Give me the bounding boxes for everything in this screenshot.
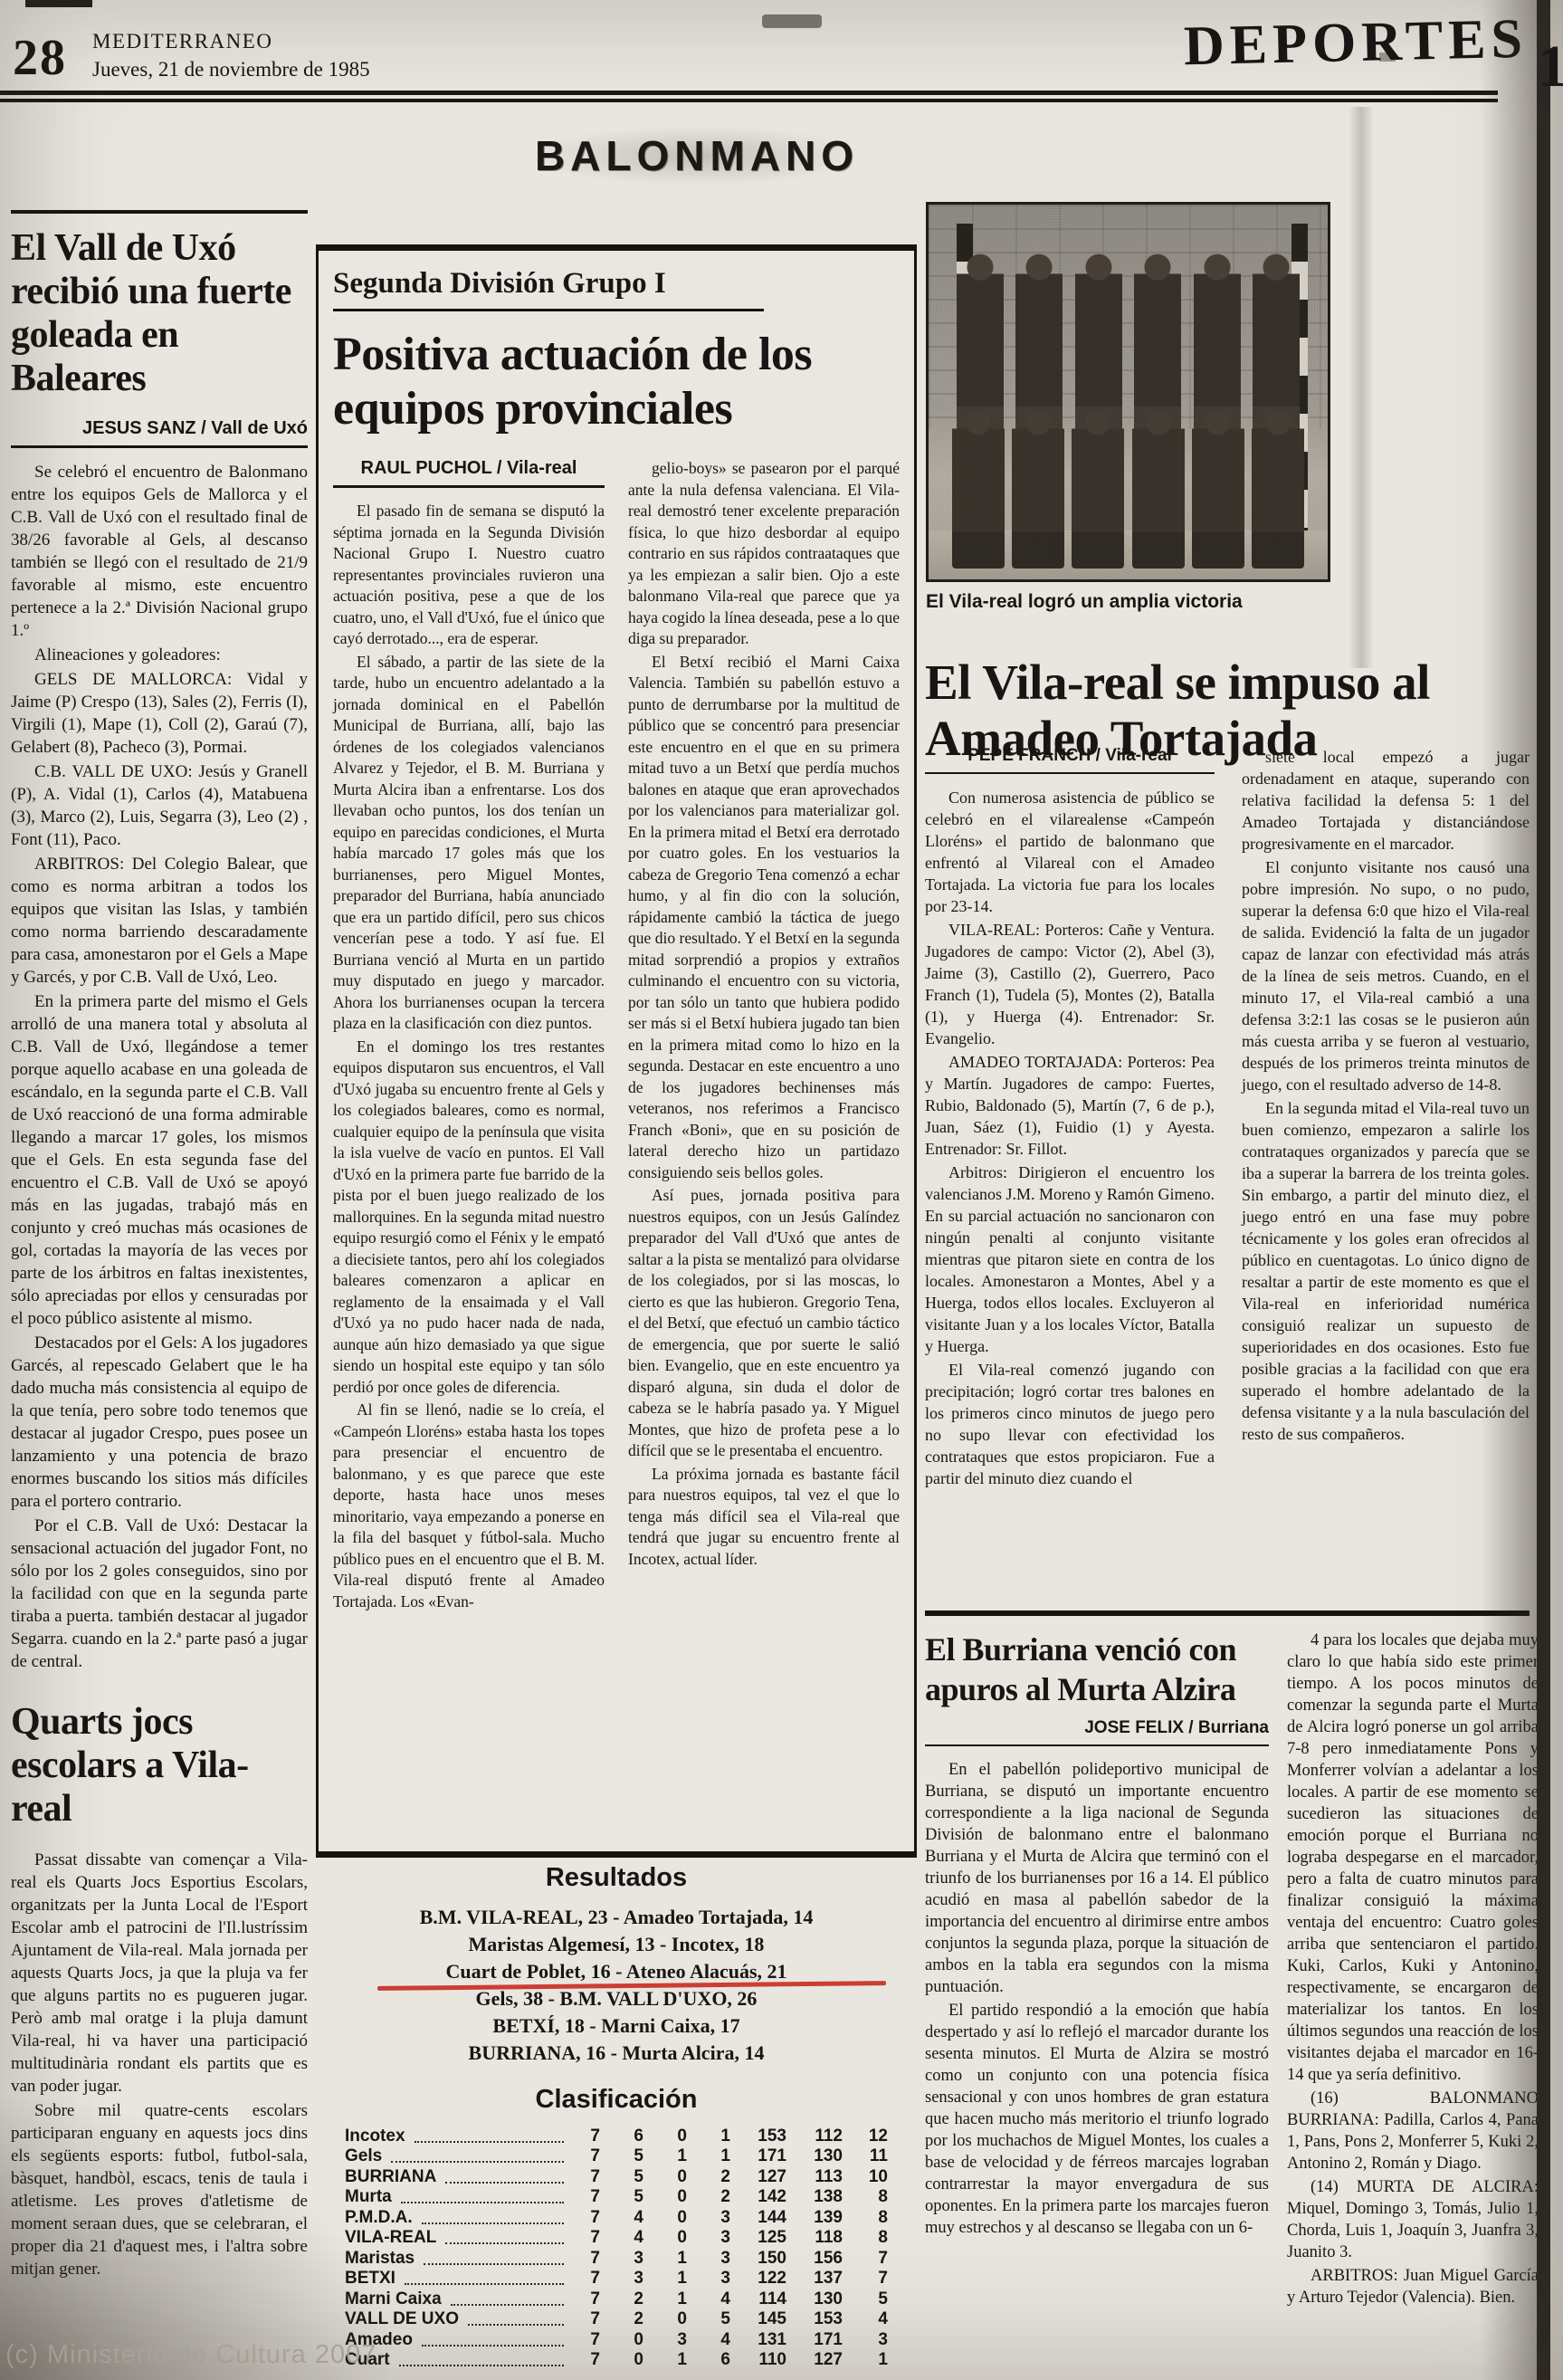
dotted-leader [399,2365,564,2366]
page-number: 28 [13,29,67,87]
stat-goals-against: 118 [786,2228,843,2248]
page-crease [1349,107,1374,668]
stat-played: 7 [573,2146,600,2166]
stat-won: 0 [600,2350,643,2370]
photo-caption: El Vila-real logró un amplia victoria [926,591,1351,613]
stat-goals-for: 150 [730,2249,786,2269]
headline: Positiva actuación de los equipos provin… [333,328,900,436]
dotted-leader [451,2304,564,2306]
stat-drawn: 0 [643,2309,687,2329]
headline: El Burriana venció con apuros al Murta A… [925,1630,1269,1709]
next-page-sliver [1550,0,1563,2380]
stat-goals-for: 127 [730,2167,786,2187]
stat-points: 5 [843,2289,888,2309]
column-1: PEPE FRANCH / Vila-real Con numerosa asi… [925,746,1215,1606]
stat-drawn: 0 [643,2187,687,2207]
paragraph: VILA-REAL: Porteros: Cañe y Ventura. Jug… [925,919,1215,1049]
table-row: Marni Caixa 7 2 1 4 114 130 5 [345,2289,888,2309]
halftone-overlay [929,205,1328,579]
result-line: BETXÍ, 18 - Marni Caixa, 17 [316,2012,917,2040]
stat-goals-for: 122 [730,2269,786,2289]
stat-goals-for: 144 [730,2208,786,2228]
stat-played: 7 [573,2330,600,2350]
stat-lost: 3 [687,2249,730,2269]
page-fold-shadow [1481,0,1537,2380]
stat-points: 7 [843,2249,888,2269]
article-body: Con numerosa asistencia de público se ce… [925,787,1215,1489]
article-body: gelio-boys» se pasearon por el parqué an… [628,458,900,1570]
paragraph: Destacados por el Gels: A los jugadores … [11,1332,308,1513]
stat-points: 11 [843,2146,888,2166]
stat-drawn: 0 [643,2127,687,2146]
paragraph: El sábado, a partir de las siete de la t… [333,652,605,1035]
paragraph: Así pues, jornada positiva para nuestros… [628,1185,900,1462]
left-column: El Vall de Uxó recibió una fuerte golead… [11,210,308,2368]
column-2: gelio-boys» se pasearon por el parqué an… [628,458,900,1614]
newspaper-page: 28 MEDITERRANEO Jueves, 21 de noviembre … [0,0,1563,2380]
stat-points: 8 [843,2228,888,2248]
stat-points: 7 [843,2269,888,2289]
article-columns: RAUL PUCHOL / Vila-real El pasado fin de… [333,458,900,1614]
paragraph: Alineaciones y goleadores: [11,644,308,666]
article-vall-de-uxo: El Vall de Uxó recibió una fuerte golead… [11,226,308,1673]
stat-goals-for: 153 [730,2127,786,2146]
stat-won: 6 [600,2127,643,2146]
byline: JESUS SANZ / Vall de Uxó [11,418,308,448]
stat-drawn: 0 [643,2208,687,2228]
classification-title: Clasificación [316,2085,917,2115]
byline: RAUL PUCHOL / Vila-real [333,458,605,488]
result-line: Maristas Algemesí, 13 - Incotex, 18 [316,1931,917,1958]
table-row: P.M.D.A. 7 4 0 3 144 139 8 [345,2207,888,2228]
article-body: El pasado fin de semana se disputó la sé… [333,501,605,1612]
stat-goals-against: 138 [786,2187,843,2207]
result-line: BURRIANA, 16 - Murta Alcira, 14 [316,2040,917,2067]
column-1: El Burriana venció con apuros al Murta A… [925,1630,1269,2377]
article-title: El Vall de Uxó recibió una fuerte golead… [11,226,308,400]
stat-won: 2 [600,2289,643,2309]
stat-lost: 4 [687,2289,730,2309]
table-row: Murta 7 5 0 2 142 138 8 [345,2187,888,2208]
stat-points: 8 [843,2208,888,2228]
stat-played: 7 [573,2269,600,2289]
stat-played: 7 [573,2208,600,2228]
stat-drawn: 0 [643,2167,687,2187]
boxed-article-segunda-division: Segunda División Grupo I Positiva actuac… [316,244,917,1858]
stat-goals-against: 130 [786,2289,843,2309]
page-fold-edge [1537,0,1550,2380]
next-page-number-fragment: 1 [1538,33,1563,101]
stat-drawn: 1 [643,2289,687,2309]
stat-points: 1 [843,2350,888,2370]
stat-goals-for: 114 [730,2289,786,2309]
stat-goals-for: 171 [730,2146,786,2166]
stat-points: 12 [843,2127,888,2146]
stat-played: 7 [573,2350,600,2370]
paragraph: En el domingo los tres restantes equipos… [333,1037,605,1399]
stat-goals-against: 171 [786,2330,843,2350]
stat-goals-against: 139 [786,2208,843,2228]
paragraph: Con numerosa asistencia de público se ce… [925,787,1215,917]
stat-played: 7 [573,2167,600,2187]
result-line: B.M. VILA-REAL, 23 - Amadeo Tortajada, 1… [316,1904,917,1931]
dotted-leader [445,2182,564,2184]
article-body: En el pabellón polideportivo municipal d… [925,1759,1269,2239]
registration-mark [25,0,92,7]
paragraph: En el pabellón polideportivo municipal d… [925,1759,1269,1998]
table-row: VILA-REAL 7 4 0 3 125 118 8 [345,2228,888,2249]
corner-shadow [0,2099,389,2380]
paragraph: En la primera parte del mismo el Gels ar… [11,990,308,1330]
stat-points: 8 [843,2187,888,2207]
article-title: Quarts jocs escolars a Vila-real [11,1700,308,1830]
dotted-leader [422,2222,564,2224]
paragraph: El Betxí recibió el Marni Caixa Valencia… [628,652,900,1184]
article-vila-real: PEPE FRANCH / Vila-real Con numerosa asi… [925,746,1530,1606]
stat-played: 7 [573,2228,600,2248]
section-divider-rule [925,1611,1530,1616]
stat-won: 5 [600,2146,643,2166]
dotted-leader [405,2283,564,2285]
stat-points: 4 [843,2309,888,2329]
stat-won: 5 [600,2187,643,2207]
classification-table: Incotex 7 6 0 1 153 112 12 Gels 7 5 1 [345,2126,888,2370]
results-title: Resultados [316,1863,917,1893]
stat-won: 3 [600,2249,643,2269]
stat-goals-for: 142 [730,2187,786,2207]
stat-won: 3 [600,2269,643,2289]
article-burriana: El Burriana venció con apuros al Murta A… [925,1630,1539,2377]
stat-drawn: 1 [643,2146,687,2166]
paragraph: C.B. VALL DE UXO: Jesús y Granell (P), A… [11,760,308,851]
article-body: Se celebró el encuentro de Balonmano ent… [11,461,308,1673]
dotted-leader [422,2345,564,2347]
kicker-rule [333,309,764,311]
paragraph: El partido respondió a la emoción que ha… [925,2000,1269,2239]
stat-lost: 3 [687,2208,730,2228]
stat-won: 0 [600,2330,643,2350]
paragraph: El pasado fin de semana se disputó la sé… [333,501,605,650]
dotted-leader [468,2324,564,2326]
stat-won: 2 [600,2309,643,2329]
table-row: Amadeo 7 0 3 4 131 171 3 [345,2329,888,2350]
table-row: Maristas 7 3 1 3 150 156 7 [345,2248,888,2269]
stat-points: 10 [843,2167,888,2187]
table-row: Incotex 7 6 0 1 153 112 12 [345,2126,888,2146]
table-row: Cuart 7 0 1 6 110 127 1 [345,2350,888,2371]
section-title: DEPORTES [1183,7,1529,80]
stat-goals-for: 131 [730,2330,786,2350]
stat-drawn: 3 [643,2330,687,2350]
stat-goals-against: 153 [786,2309,843,2329]
stat-played: 7 [573,2127,600,2146]
column-1: RAUL PUCHOL / Vila-real El pasado fin de… [333,458,605,1614]
stat-lost: 5 [687,2309,730,2329]
table-row: Gels 7 5 1 1 171 130 11 [345,2146,888,2167]
stat-goals-for: 145 [730,2309,786,2329]
stat-lost: 1 [687,2127,730,2146]
table-row: BETXI 7 3 1 3 122 137 7 [345,2269,888,2289]
stat-goals-for: 110 [730,2350,786,2370]
newspaper-name: MEDITERRANEO [92,27,370,55]
stat-goals-against: 112 [786,2127,843,2146]
dotted-leader [445,2242,564,2244]
paragraph: ARBITROS: Del Colegio Balear, que como e… [11,853,308,989]
stat-played: 7 [573,2309,600,2329]
paragraph: La próxima jornada es bastante fácil par… [628,1464,900,1571]
stat-drawn: 1 [643,2249,687,2269]
masthead: MEDITERRANEO Jueves, 21 de noviembre de … [92,27,370,83]
stat-lost: 2 [687,2167,730,2187]
paragraph: Arbitros: Dirigieron el encuentro los va… [925,1161,1215,1357]
paragraph: Passat dissabte van començar a Vila-real… [11,1849,308,2098]
issue-date: Jueves, 21 de noviembre de 1985 [92,55,370,83]
paragraph: gelio-boys» se pasearon por el parqué an… [628,458,900,650]
paragraph: AMADEO TORTAJADA: Porteros: Pea y Martín… [925,1051,1215,1160]
stat-won: 5 [600,2167,643,2187]
paragraph: Por el C.B. Vall de Uxó: Destacar la sen… [11,1515,308,1673]
stat-drawn: 0 [643,2228,687,2248]
table-row: BURRIANA 7 5 0 2 127 113 10 [345,2166,888,2187]
stat-played: 7 [573,2289,600,2309]
stat-goals-against: 156 [786,2249,843,2269]
ink-smudge [762,14,822,28]
stat-lost: 2 [687,2187,730,2207]
byline: PEPE FRANCH / Vila-real [925,746,1215,774]
stat-goals-against: 113 [786,2167,843,2187]
paragraph: GELS DE MALLORCA: Vidal y Jaime (P) Cres… [11,668,308,759]
dotted-leader [391,2161,564,2163]
dotted-leader [401,2202,564,2203]
stat-lost: 4 [687,2330,730,2350]
stat-lost: 6 [687,2350,730,2370]
archive-watermark: (c) Ministerio de Cultura 2007 [5,2340,376,2370]
table-row: VALL DE UXO 7 2 0 5 145 153 4 [345,2309,888,2330]
stat-lost: 1 [687,2146,730,2166]
stat-goals-against: 127 [786,2350,843,2370]
byline: JOSE FELIX / Burriana [925,1718,1269,1746]
stat-won: 4 [600,2228,643,2248]
stat-drawn: 1 [643,2350,687,2370]
dotted-leader [424,2263,564,2265]
stat-won: 4 [600,2208,643,2228]
stat-goals-for: 125 [730,2228,786,2248]
team-photo [926,202,1330,582]
dotted-leader [415,2141,564,2143]
kicker: Segunda División Grupo I [333,267,900,301]
paragraph: Se celebró el encuentro de Balonmano ent… [11,461,308,642]
stat-goals-against: 130 [786,2146,843,2166]
stat-lost: 3 [687,2269,730,2289]
stat-lost: 3 [687,2228,730,2248]
section-banner: BALONMANO [496,123,898,188]
header-double-rule [0,91,1498,102]
stat-played: 7 [573,2249,600,2269]
stat-points: 3 [843,2330,888,2350]
paragraph: Al fin se llenó, nadie se lo creía, el «… [333,1400,605,1612]
stat-goals-against: 137 [786,2269,843,2289]
paragraph: El Vila-real comenzó jugando con precipi… [925,1359,1215,1489]
stat-played: 7 [573,2187,600,2207]
results-block: Resultados B.M. VILA-REAL, 23 - Amadeo T… [316,1863,917,2370]
stat-drawn: 1 [643,2269,687,2289]
